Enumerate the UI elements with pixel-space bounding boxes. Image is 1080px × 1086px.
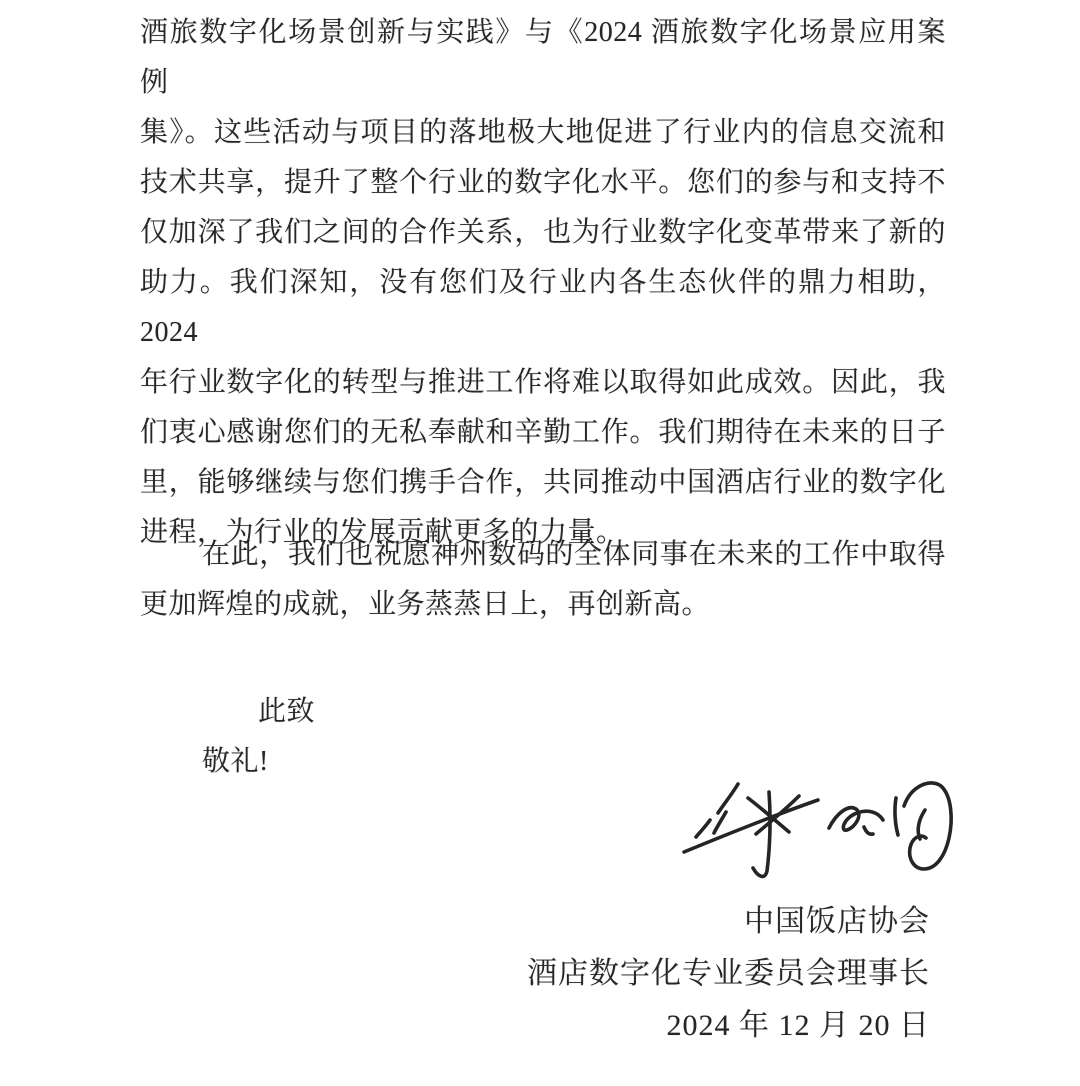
body-line: 仅加深了我们之间的合作关系，也为行业数字化变革带来了新的 — [140, 208, 946, 258]
closing-jingli: 敬礼! — [140, 737, 640, 787]
body-line: 年行业数字化的转型与推进工作将难以取得如此成效。因此，我 — [140, 358, 946, 408]
signoff-date: 2024 年 12 月 20 日 — [0, 1000, 930, 1052]
handwritten-signature — [668, 776, 973, 891]
body-line: 里，能够继续与您们携手合作，共同推动中国酒店行业的数字化 — [140, 458, 946, 508]
letter-closing: 此致 敬礼! — [140, 687, 640, 787]
signoff-organization: 中国饭店协会 — [0, 896, 930, 948]
letter-page: 酒旅数字化场景创新与实践》与《2024 酒旅数字化场景应用案例 集》。这些活动与… — [0, 0, 1080, 1086]
body-line: 酒旅数字化场景创新与实践》与《2024 酒旅数字化场景应用案例 — [140, 8, 946, 108]
body-line: 助力。我们深知，没有您们及行业内各生态伙伴的鼎力相助，2024 — [140, 258, 946, 358]
body-line: 更加辉煌的成就，业务蒸蒸日上，再创新高。 — [140, 580, 946, 630]
body-line: 技术共享，提升了整个行业的数字化水平。您们的参与和支持不 — [140, 158, 946, 208]
letter-paragraph-1: 酒旅数字化场景创新与实践》与《2024 酒旅数字化场景应用案例 集》。这些活动与… — [140, 8, 946, 558]
closing-cizhi: 此致 — [140, 687, 640, 737]
body-line: 们衷心感谢您们的无私奉献和辛勤工作。我们期待在未来的日子 — [140, 408, 946, 458]
signoff-block: 中国饭店协会 酒店数字化专业委员会理事长 2024 年 12 月 20 日 — [0, 896, 930, 1052]
body-line: 集》。这些活动与项目的落地极大地促进了行业内的信息交流和 — [140, 108, 946, 158]
letter-paragraph-2: 在此，我们也祝愿神州数码的全体同事在未来的工作中取得 更加辉煌的成就，业务蒸蒸日… — [140, 530, 946, 630]
body-line: 在此，我们也祝愿神州数码的全体同事在未来的工作中取得 — [140, 530, 946, 580]
signoff-title: 酒店数字化专业委员会理事长 — [0, 948, 930, 1000]
